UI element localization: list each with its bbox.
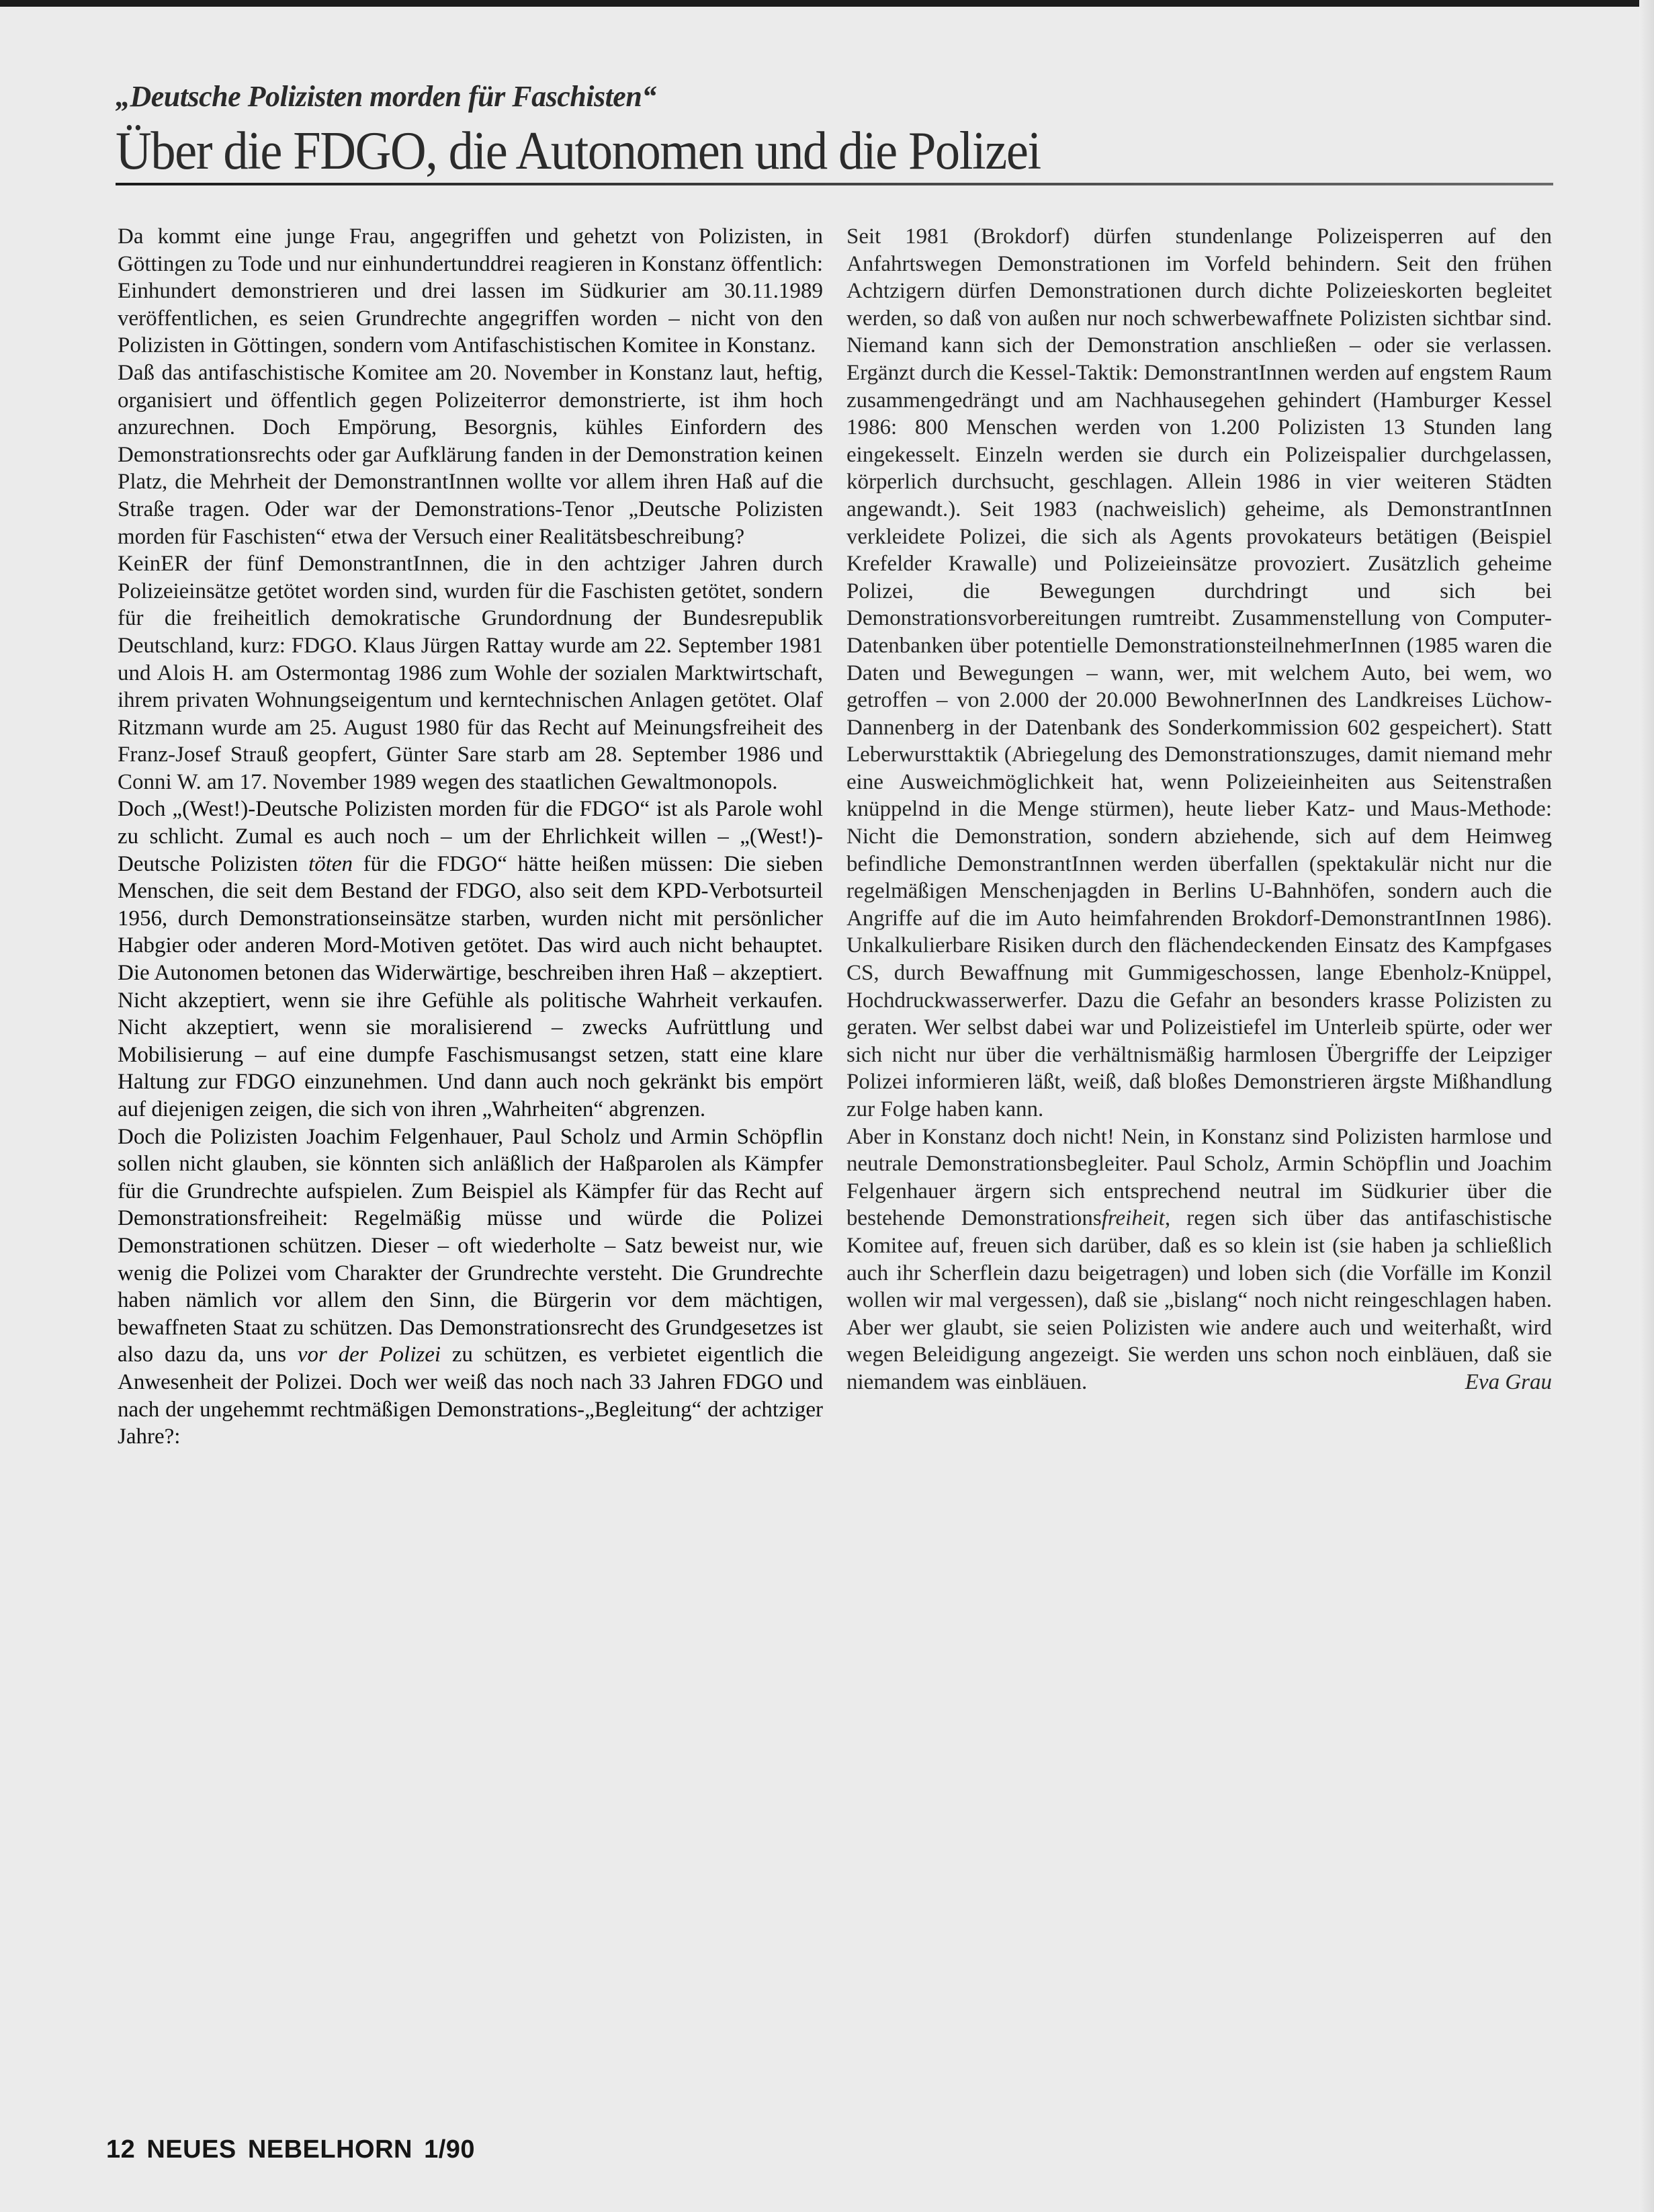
article-column-left: Da kommt eine junge Frau, angegriffen un… bbox=[118, 223, 823, 1451]
page-footer: 12 NEUES NEBELHORN 1/90 bbox=[106, 2135, 475, 2164]
article-kicker: „Deutsche Polizisten morden für Faschist… bbox=[116, 79, 656, 114]
emphasis-text: töten bbox=[308, 852, 353, 876]
article-column-right: Seit 1981 (Brokdorf) dürfen stundenlange… bbox=[846, 223, 1552, 1396]
paragraph: Seit 1981 (Brokdorf) dürfen stundenlange… bbox=[846, 223, 1552, 1123]
paragraph: Doch die Polizisten Joachim Felgenhauer,… bbox=[118, 1123, 823, 1451]
paragraph-text: für die FDGO“ hätte heißen müssen: Die s… bbox=[118, 852, 823, 1121]
paragraph: KeinER der fünf DemonstrantInnen, die in… bbox=[118, 550, 823, 796]
page-number: 12 bbox=[106, 2135, 135, 2164]
paragraph: Da kommt eine junge Frau, angegriffen un… bbox=[118, 223, 823, 359]
issue-number: 1/90 bbox=[424, 2135, 475, 2164]
paragraph: Doch „(West!)-Deutsche Polizisten morden… bbox=[118, 796, 823, 1123]
article-headline: Über die FDGO, die Autonomen und die Pol… bbox=[116, 121, 1041, 181]
paragraph: Aber in Konstanz doch nicht! Nein, in Ko… bbox=[846, 1123, 1552, 1396]
paragraph: Daß das antifaschistische Komitee am 20.… bbox=[118, 359, 823, 550]
emphasis-text: freiheit bbox=[1102, 1206, 1165, 1230]
paragraph-text: Doch die Polizisten Joachim Felgenhauer,… bbox=[118, 1125, 823, 1367]
author-signature: Eva Grau bbox=[1465, 1369, 1552, 1396]
headline-rule bbox=[116, 183, 1553, 185]
emphasis-text: vor der Polizei bbox=[298, 1343, 441, 1367]
scan-right-edge bbox=[1639, 0, 1654, 2212]
scan-top-edge bbox=[0, 0, 1654, 7]
publication-name: NEUES NEBELHORN bbox=[146, 2135, 412, 2164]
paragraph-text: , regen sich über das antifaschistische … bbox=[846, 1206, 1552, 1394]
